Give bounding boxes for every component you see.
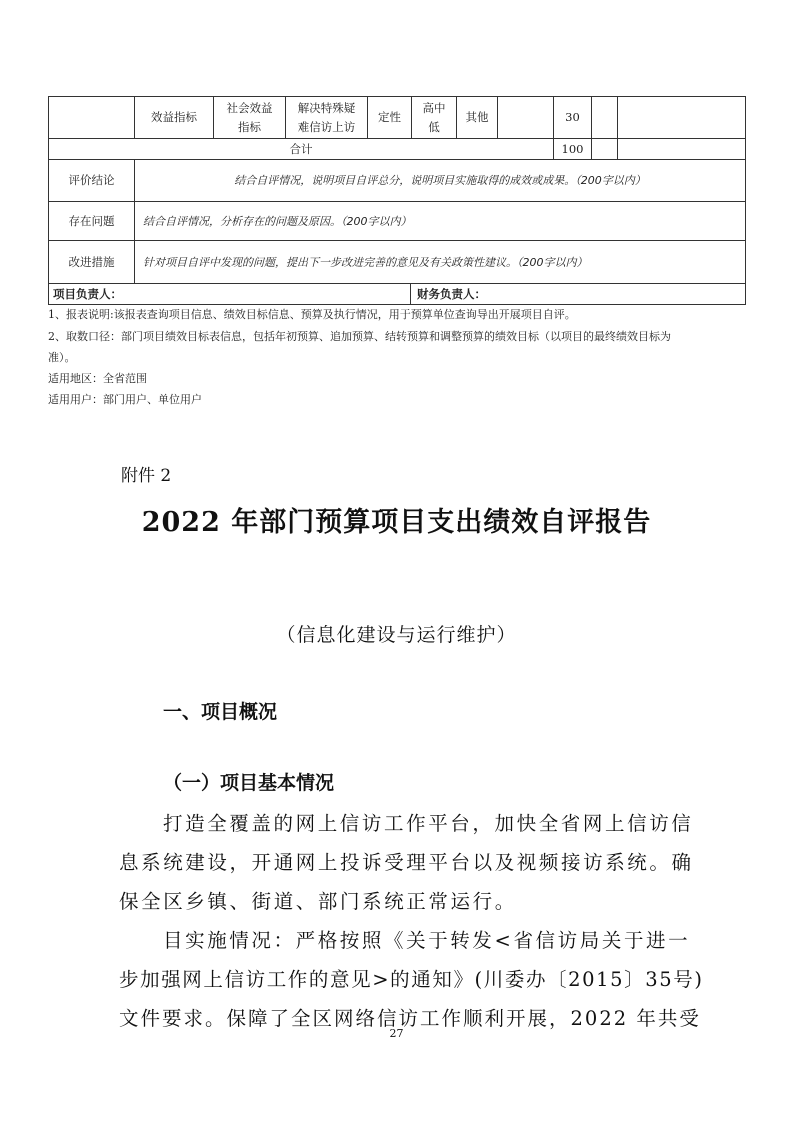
indicator-direction-text: 高中低 [421, 99, 447, 137]
finance-lead-signature: 财务负责人： [411, 284, 745, 304]
body-line: 打造全覆盖的网上信访工作平台，加快全省网上信访信 [163, 808, 693, 836]
indicator-weight-cell: 30 [554, 97, 591, 138]
evaluation-label: 评价结论 [49, 160, 134, 201]
total-label: 合计 [49, 139, 553, 159]
table-cell [49, 97, 134, 138]
note-item: 1、报表说明:该报表查询项目信息、绩效目标信息、预算及执行情况，用于预算单位查询… [48, 306, 576, 322]
indicator-level2-cell: 社会效益指标 [214, 97, 285, 138]
project-lead-signature: 项目负责人： [49, 284, 410, 304]
indicator-nature-cell: 定性 [368, 97, 411, 138]
total-score: 100 [554, 139, 591, 159]
indicator-level3-cell: 解决特殊疑难信访上访 [286, 97, 367, 138]
indicator-unit-cell: 其他 [457, 97, 497, 138]
report-title: 2022 年部门预算项目支出绩效自评报告 [0, 500, 793, 539]
indicator-value-cell [498, 97, 553, 138]
body-line: 保全区乡镇、街道、部门系统正常运行。 [119, 886, 517, 914]
indicator-level1-cell: 效益指标 [135, 97, 213, 138]
indicator-level3-text: 解决特殊疑难信访上访 [295, 99, 359, 137]
indicator-remark-cell [618, 97, 745, 138]
note-item: 适用用户：部门用户、单位用户 [48, 391, 202, 407]
note-item: 适用地区：全省范围 [48, 370, 147, 386]
improvements-label: 改进措施 [49, 241, 134, 283]
body-line: 息系统建设，开通网上投诉受理平台以及视频接访系统。确 [119, 847, 694, 875]
table-border-right [745, 96, 746, 305]
indicator-direction-cell: 高中低 [412, 97, 456, 138]
improvements-text: 针对项目自评中发现的问题，提出下一步改进完善的意见及有关政策性建议。（200字以… [135, 241, 745, 283]
subsection-heading: （一）项目基本情况 [163, 768, 334, 795]
note-item: 2、取数口径：部门项目绩效目标表信息，包括年初预算、追加预算、结转预算和调整预算… [48, 328, 671, 344]
table-border-bottom [48, 304, 746, 305]
body-line: 步加强网上信访工作的意见>的通知》(川委办〔2015〕35号) [119, 964, 704, 992]
report-subtitle: （信息化建设与运行维护） [0, 620, 793, 647]
page-number: 27 [0, 1027, 793, 1040]
note-item: 准）。 [48, 349, 76, 365]
indicator-score-cell [592, 97, 617, 138]
problems-label: 存在问题 [49, 202, 134, 240]
evaluation-text: 结合自评情况，说明项目自评总分，说明项目实施取得的成效或成果。（200字以内） [135, 160, 745, 201]
problems-text: 结合自评情况，分析存在的问题及原因。（200字以内） [135, 202, 745, 240]
body-line: 目实施情况：严格按照《关于转发<省信访局关于进一 [163, 925, 690, 953]
section-heading: 一、项目概况 [163, 697, 277, 724]
indicator-level2-text: 社会效益指标 [225, 99, 275, 137]
attachment-label: 附件 2 [121, 461, 171, 486]
